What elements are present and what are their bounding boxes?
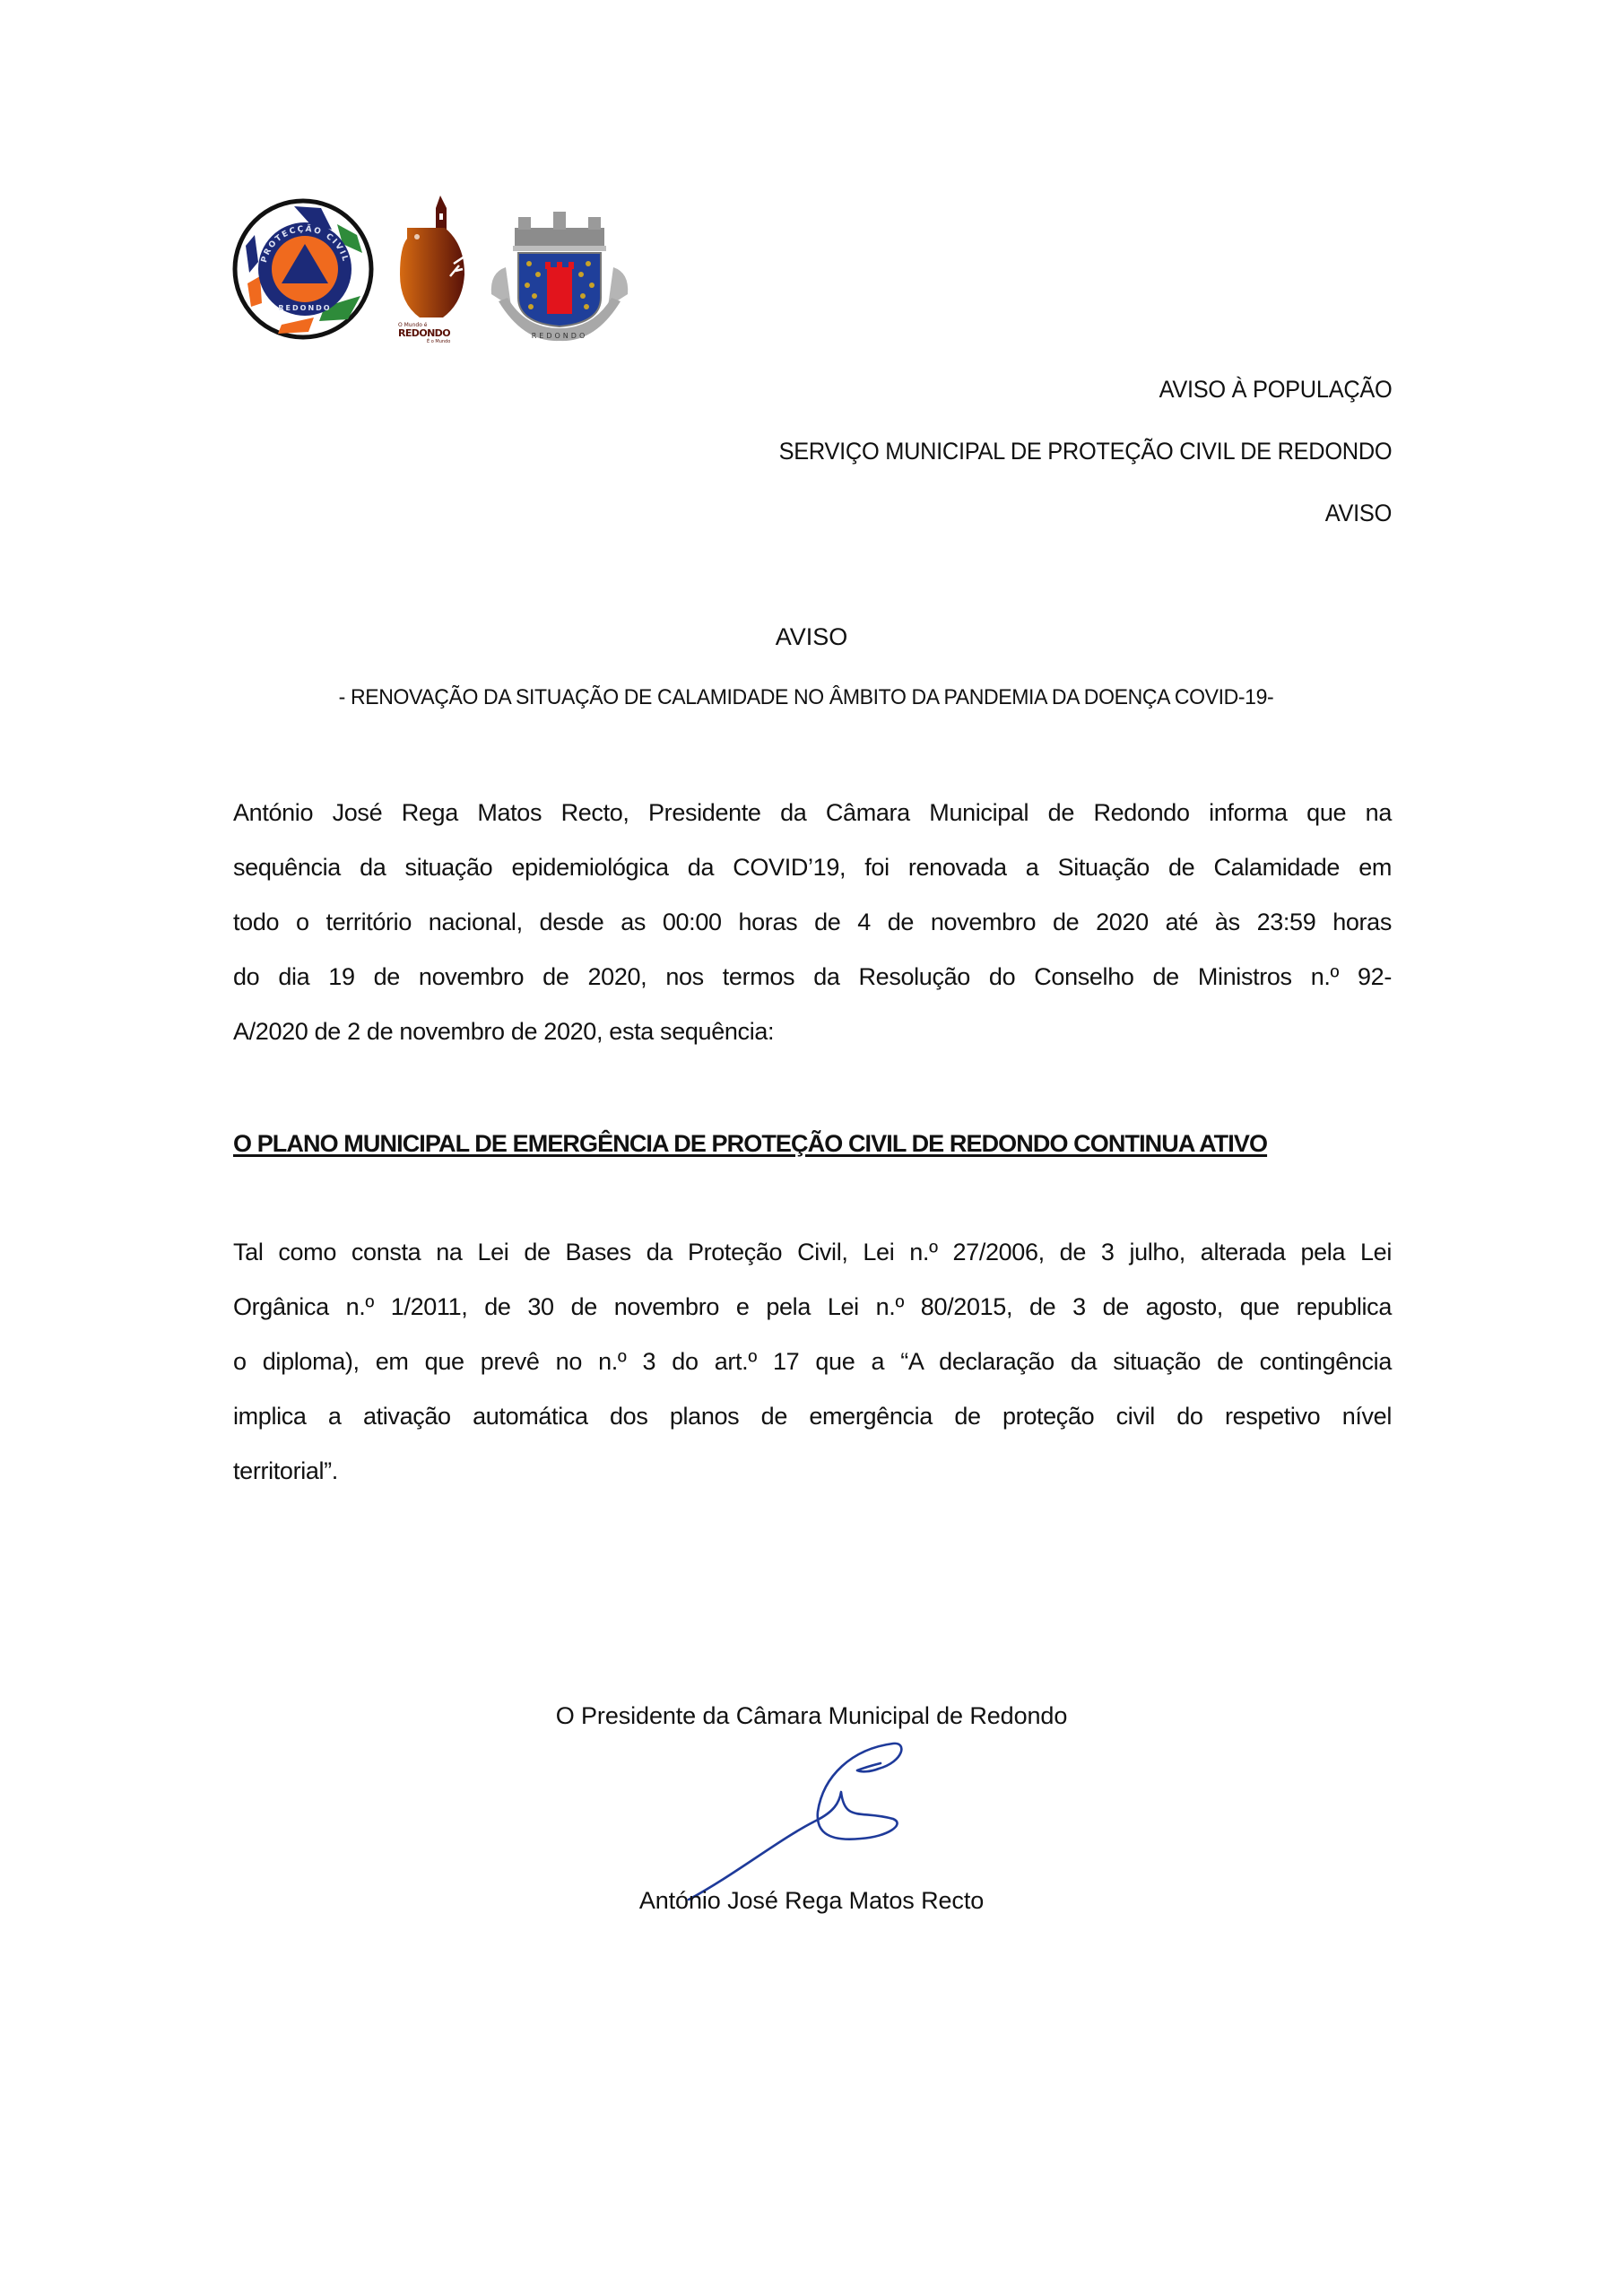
paragraph-line: sequência da situação epidemiológica da … [233, 854, 1392, 890]
header-aviso-populacao: AVISO À POPULAÇÃO [1159, 376, 1392, 404]
signature-icon [681, 1740, 942, 1901]
o-mundo-e-redondo-logo: O Mundo é REDONDO É o Mundo [395, 194, 472, 344]
header-servico-municipal: SERVIÇO MUNICIPAL DE PROTEÇÃO CIVIL DE R… [778, 438, 1392, 465]
clay-pot-icon: O Mundo é REDONDO É o Mundo [395, 194, 472, 344]
paragraph-line: António José Rega Matos Recto, President… [233, 799, 1392, 835]
header-aviso: AVISO [1325, 500, 1392, 527]
paragraph-line: territorial”. [233, 1457, 1392, 1493]
notice-subtitle: - RENOVAÇÃO DA SITUAÇÃO DE CALAMIDADE NO… [43, 685, 1568, 710]
paragraph-line: Tal como consta na Lei de Bases da Prote… [233, 1239, 1392, 1274]
svg-text:REDONDO: REDONDO [532, 332, 588, 340]
signer-name: António José Rega Matos Recto [0, 1887, 1623, 1915]
coat-of-arms-icon: REDONDO [488, 208, 631, 343]
paragraph-line: implica a ativação automática dos planos… [233, 1403, 1392, 1439]
paragraph-line: todo o território nacional, desde as 00:… [233, 909, 1392, 944]
plan-active-heading: O PLANO MUNICIPAL DE EMERGÊNCIA DE PROTE… [233, 1130, 1381, 1158]
paragraph-line: do dia 19 de novembro de 2020, nos termo… [233, 963, 1392, 999]
notice-title: AVISO [0, 623, 1623, 651]
svg-text:REDONDO: REDONDO [398, 327, 450, 339]
protecao-civil-emblem-icon: PROTECÇÃO CIVIL REDONDO [231, 197, 375, 341]
protecao-civil-logo: PROTECÇÃO CIVIL REDONDO [231, 197, 375, 341]
svg-text:REDONDO: REDONDO [278, 304, 331, 312]
paragraph-line: Orgânica n.º 1/2011, de 30 de novembro e… [233, 1293, 1392, 1329]
paragraph-line: o diploma), em que prevê no n.º 3 do art… [233, 1348, 1392, 1384]
svg-text:É o Mundo: É o Mundo [427, 337, 450, 344]
handwritten-signature [681, 1740, 942, 1901]
signature-closing: O Presidente da Câmara Municipal de Redo… [0, 1702, 1623, 1730]
redondo-coat-of-arms: REDONDO [488, 208, 631, 343]
paragraph-line: A/2020 de 2 de novembro de 2020, esta se… [233, 1018, 1392, 1054]
